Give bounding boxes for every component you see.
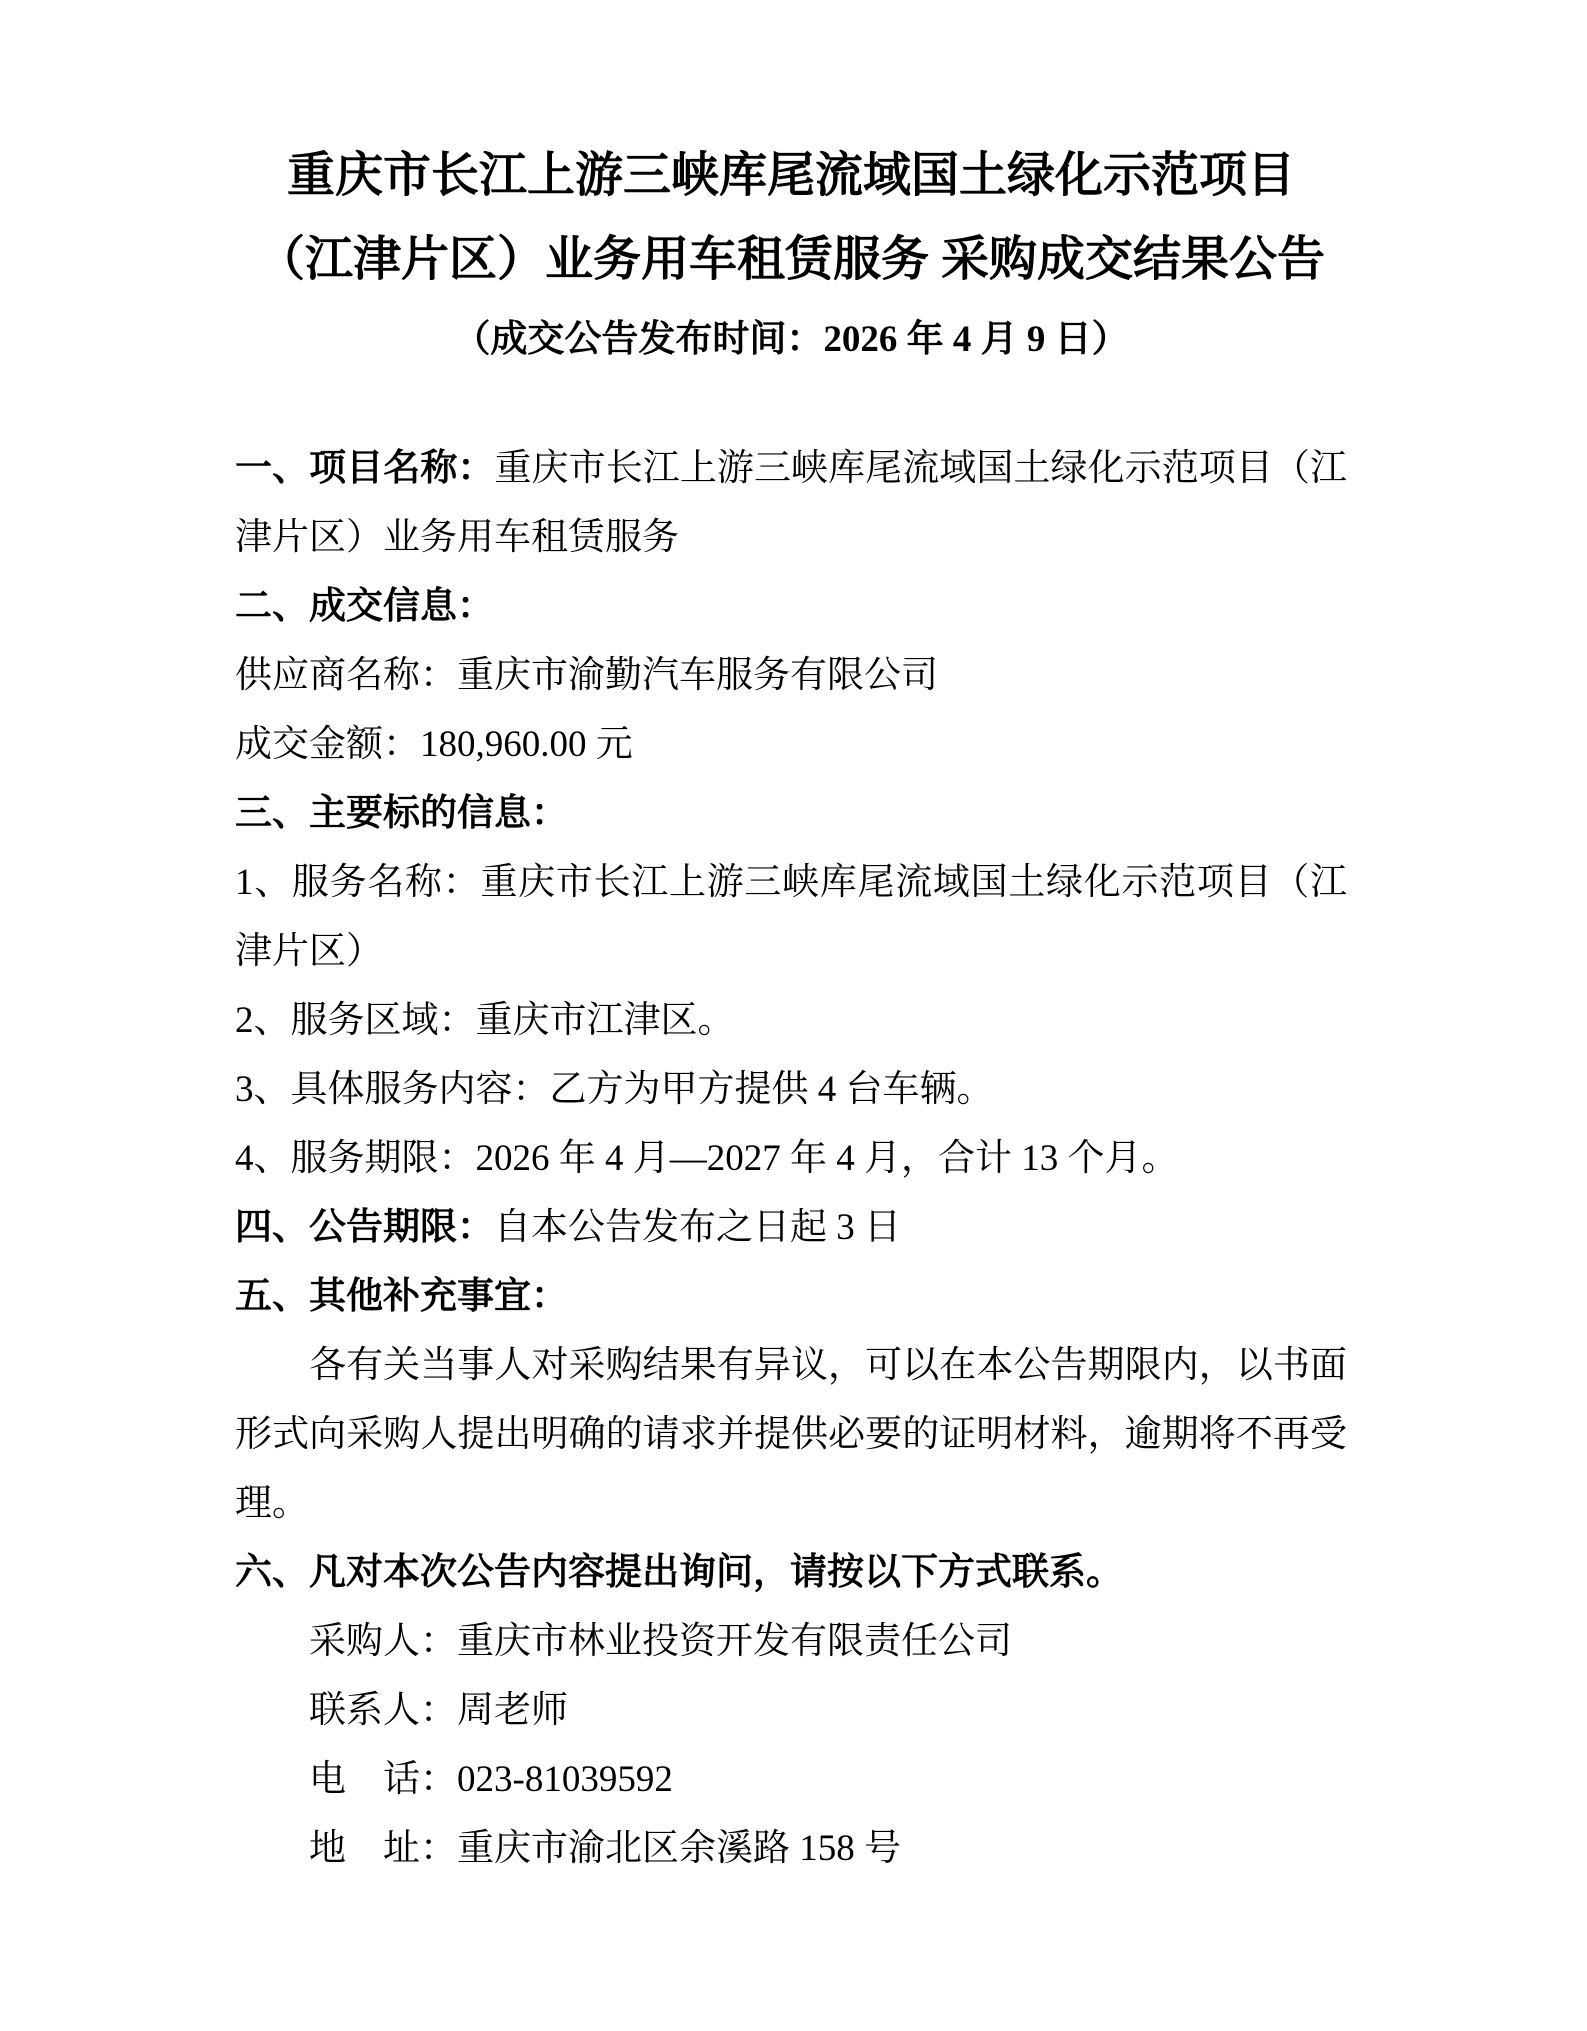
announcement-period-label: 四、公告期限：	[235, 1207, 494, 1248]
paragraph-announcement-period: 四、公告期限：自本公告发布之日起 3 日	[235, 1193, 1347, 1262]
project-name-label: 一、项目名称：	[235, 448, 494, 489]
paragraph-service-name: 1、服务名称：重庆市长江上游三峡库尾流域国土绿化示范项目（江津片区）	[235, 848, 1347, 986]
heading-award-info: 二、成交信息：	[235, 572, 1347, 641]
paragraph-phone: 电 话：023-81039592	[235, 1745, 1347, 1814]
heading-other-matters: 五、其他补充事宜：	[235, 1262, 1347, 1331]
paragraph-service-period: 4、服务期限：2026 年 4 月—2027 年 4 月，合计 13 个月。	[235, 1124, 1347, 1193]
paragraph-service-content: 3、具体服务内容：乙方为甲方提供 4 台车辆。	[235, 1055, 1347, 1124]
paragraph-objection: 各有关当事人对采购结果有异议，可以在本公告期限内，以书面形式向采购人提出明确的请…	[235, 1331, 1347, 1538]
document-body: 一、项目名称：重庆市长江上游三峡库尾流域国土绿化示范项目（江津片区）业务用车租赁…	[235, 434, 1347, 1883]
document-title: 重庆市长江上游三峡库尾流域国土绿化示范项目 （江津片区）业务用车租赁服务 采购成…	[235, 0, 1347, 302]
document-content: 重庆市长江上游三峡库尾流域国土绿化示范项目 （江津片区）业务用车租赁服务 采购成…	[235, 0, 1347, 1883]
title-line-1: 重庆市长江上游三峡库尾流域国土绿化示范项目	[235, 134, 1347, 218]
publish-date-line: （成交公告发布时间：2026 年 4 月 9 日）	[235, 312, 1347, 368]
paragraph-contact-person: 联系人：周老师	[235, 1676, 1347, 1745]
heading-contact: 六、凡对本次公告内容提出询问，请按以下方式联系。	[235, 1538, 1347, 1607]
paragraph-address: 地 址：重庆市渝北区余溪路 158 号	[235, 1814, 1347, 1883]
heading-subject-info: 三、主要标的信息：	[235, 779, 1347, 848]
paragraph-supplier: 供应商名称：重庆市渝勤汽车服务有限公司	[235, 641, 1347, 710]
paragraph-service-area: 2、服务区域：重庆市江津区。	[235, 986, 1347, 1055]
announcement-period-content: 自本公告发布之日起 3 日	[494, 1207, 901, 1248]
title-line-2: （江津片区）业务用车租赁服务 采购成交结果公告	[235, 218, 1347, 302]
paragraph-amount: 成交金额：180,960.00 元	[235, 710, 1347, 779]
paragraph-project-name: 一、项目名称：重庆市长江上游三峡库尾流域国土绿化示范项目（江津片区）业务用车租赁…	[235, 434, 1347, 572]
paragraph-purchaser: 采购人：重庆市林业投资开发有限责任公司	[235, 1607, 1347, 1676]
document-page: 重庆市长江上游三峡库尾流域国土绿化示范项目 （江津片区）业务用车租赁服务 采购成…	[0, 0, 1587, 2031]
